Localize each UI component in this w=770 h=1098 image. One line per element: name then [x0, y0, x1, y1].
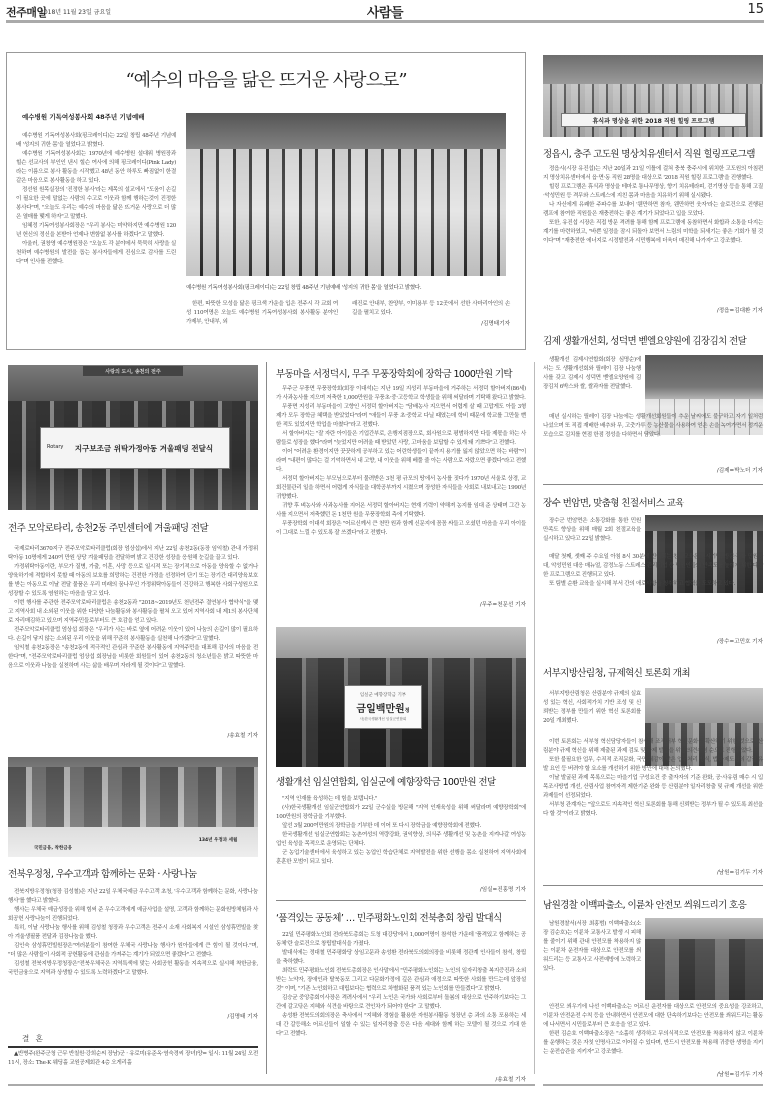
- donation-sign-bottom: 사)한국생활개선 임실군연합회: [360, 717, 406, 722]
- wedding-section-label: 결 혼: [22, 1033, 45, 1044]
- kimchi-byline: /김제=박노더 기자: [543, 466, 763, 474]
- top-feature-subhead: 예수병원 기독여성봉사회 48주년 기념예배: [22, 112, 145, 121]
- senior-assoc-body: 22일 민주평화노인회 전라북도총회는 도청 대강당에서 1,000여명이 참석…: [276, 931, 526, 1039]
- rotary-body: 국제로타리3670지구 전주모악로타리클럽(회장 엄상섭)에서 지난 22일 송…: [8, 545, 258, 671]
- kindness-training-body: 장수군 번암면은 소통강화를 통한 민원만족도 향상을 위해 매월 2회 친절교…: [543, 517, 641, 544]
- top-feature-photo: [186, 113, 506, 276]
- imsil-donation-photo: 임실군 예향장학금 기부 금일백만원정 사)한국생활개선 임실군연합회: [276, 627, 526, 767]
- donation-sign: 임실군 예향장학금 기부 금일백만원정 사)한국생활개선 임실군연합회: [344, 685, 422, 729]
- forest-service-byline: /남원=김기두 기자: [543, 868, 763, 876]
- imsil-donation-headline: 생활개선 임실연합회, 임실군에 예향장학금 100만원 전달: [276, 774, 496, 788]
- post-office-body: 전북지방우정청(청장 김성철)은 지난 22일 우체국예금 우수고객 초청, '…: [8, 888, 258, 978]
- section-divider: [543, 484, 763, 485]
- page-number: 15: [747, 2, 764, 17]
- scholarship-byline: /무주=천문선 기자: [276, 600, 526, 608]
- rotary-byline: /송효철 기자: [8, 731, 258, 739]
- kindness-training-headline: 장수 번암면, 맞춤형 친절서비스 교육: [543, 495, 684, 509]
- helmet-campaign-body-wrap: 안전모 씌우기에 나선 이백파출소는 어르신 운전자를 대상으로 안전모의 중요…: [543, 1003, 763, 1057]
- forest-service-body-wrap: 이번 토론회는 서부청 혁신담당자들이 참석해 조직내부 혁신문화를 확산하기 …: [543, 738, 763, 819]
- wedding-announcement: ▲반병주(완주군청 근무 반칠원·강희순씨 장남)군 · 유로미(유준옥·염숙경…: [8, 1050, 258, 1068]
- donation-sign-amount: 금일백만원정: [356, 700, 409, 715]
- top-feature-body: 예수병원 기독여성봉사회(핑크레이디)는 22일 창립 48주년 기념예배 '성…: [16, 132, 176, 267]
- post-office-banner-left: 국민금융, 착한금융: [22, 843, 84, 852]
- healing-program-banner: 휴식과 명상을 위한 2018 직원 힐링 프로그램: [561, 113, 746, 127]
- senior-assoc-byline: /송효철 기자: [276, 1075, 526, 1083]
- top-feature-caption: 예수병원 기독여성봉사회(핑크레이디)는 22일 창립 48주년 기념예배 '성…: [186, 283, 421, 291]
- forest-service-headline: 서부지방산림청, 규제혁신 토론회 개최: [543, 665, 690, 679]
- group-photo-people: [8, 767, 258, 827]
- scholarship-body: 무주군 무풍면 무풍장학회(회장 이대석)는 지난 19일 지성리 부동마을에 …: [276, 385, 526, 538]
- kimchi-body: 생활개선 김제시연합회(회장 심명순)에서는 도 생활개선회와 릴레이 김장 나…: [543, 356, 641, 392]
- kindness-training-byline: /장수=고민호 기자: [543, 637, 763, 645]
- forest-service-body: 서부지방산림청은 산림분야 규제의 실효성 있는 혁신, 사회적가치 기반 조성…: [543, 690, 641, 726]
- kimchi-headline: 김제 생활개선회, 성덕면 벧엘요양원에 김장김치 전달: [543, 333, 746, 347]
- bottom-rule: [8, 1084, 270, 1086]
- kindness-training-body-wrap: 매달 첫째, 셋째 주 수요일 아침 8시 30분에 진행되는 친절교육은 인사…: [543, 553, 763, 589]
- rotary-photo-sign: 사랑의 도시, 송천의 전주: [83, 366, 183, 376]
- helmet-campaign-photo: [645, 918, 763, 1000]
- wedding-rule: [8, 1046, 258, 1048]
- imsil-donation-byline: /임실=진홍명 기자: [276, 885, 526, 893]
- top-feature-body-cont-left: 한편, 따뜻한 모성을 닮은 핑크색 가운을 입은 전주시 각 교회 여성 11…: [186, 300, 338, 327]
- rotary-banner-title: 지구보조금 위탁가정아동 겨울패딩 전달식: [75, 443, 213, 454]
- imsil-donation-body: "지역 인재를 육성하는 데 힘을 보탭니다." (사)한국생활개선 임실군연합…: [276, 795, 526, 867]
- donation-sign-top: 임실군 예향장학금 기부: [360, 692, 406, 698]
- masthead-rule: [6, 20, 764, 23]
- scholarship-headline: 부동마을 서정덕시, 무주 무풍장학회에 장학금 1000만원 기탁: [276, 366, 512, 380]
- healing-program-byline: /정읍=김대환 기자: [543, 306, 763, 314]
- bottom-rule: [543, 1084, 763, 1086]
- bottom-rule: [270, 1084, 535, 1086]
- top-feature-headline: “예수의 마음을 닮은 뜨거운 사랑으로”: [6, 66, 526, 92]
- post-office-banner-right: 134년 우정과 세월: [188, 835, 248, 844]
- healing-program-photo: 휴식과 명상을 위한 2018 직원 힐링 프로그램: [543, 55, 763, 137]
- top-feature-byline: /김명태기자: [352, 319, 510, 327]
- post-office-photo: 국민금융, 착한금융 134년 우정과 세월: [8, 757, 258, 857]
- section-divider: [276, 900, 526, 901]
- column-divider: [534, 362, 535, 1074]
- helmet-campaign-headline: 남원경찰 이백파출소, 이륜차 안전모 씌워드리기 호응: [543, 897, 746, 911]
- rotary-headline: 전주 모악로타리, 송천2동 주민센터에 겨울패딩 전달: [8, 520, 208, 534]
- healing-program-body: 정읍시(시장 유진섭)는 지난 20일과 21일 이틀에 걸쳐 충북 충주시에 …: [543, 165, 763, 246]
- post-office-byline: /김명태 기자: [8, 1012, 258, 1020]
- officer-and-rider: [645, 939, 763, 1001]
- rotary-photo: 사랑의 도시, 송천의 전주 Rotary 지구보조금 위탁가정아동 겨울패딩 …: [8, 365, 258, 510]
- post-office-headline: 전북우정청, 우수고객과 함께하는 문화 · 사랑나눔: [8, 866, 196, 880]
- rotary-logo: Rotary: [47, 444, 63, 450]
- helmet-campaign-body: 남원경찰서(서장 최홍범) 이백파출소(소장 김순호)는 이륜차 교통사고 발생…: [543, 920, 641, 974]
- kimchi-body-wrap: 매년 실시하는 릴레이 김장 나눔에는 생활개선회원들이 추운 날씨에도 불구하…: [543, 413, 763, 440]
- group-photo-people: [543, 84, 763, 137]
- section-divider: [543, 885, 763, 886]
- column-divider: [266, 362, 267, 1074]
- healing-program-headline: 정읍시, 충주 고도원 명상치유센터서 직원 힐링프로그램: [543, 146, 755, 160]
- helmet-campaign-byline: /남원=김기두 기자: [543, 1070, 763, 1078]
- top-feature-body-cont-right: 래진료 안내부, 찬양부, 이미용부 등 12곳에서 선한 사마리아인의 손길을…: [352, 300, 510, 318]
- issue-date: 2018년 11월 23일 금요일: [40, 7, 111, 16]
- rotary-photo-banner: Rotary 지구보조금 위탁가정아동 겨울패딩 전달식: [40, 427, 230, 469]
- section-title: 사람들: [340, 2, 430, 21]
- group-photo-people: [186, 149, 506, 276]
- senior-assoc-headline: ‘품격있는 공동체’ … 민주평화노인회 전북총회 창립 발대식: [276, 910, 502, 924]
